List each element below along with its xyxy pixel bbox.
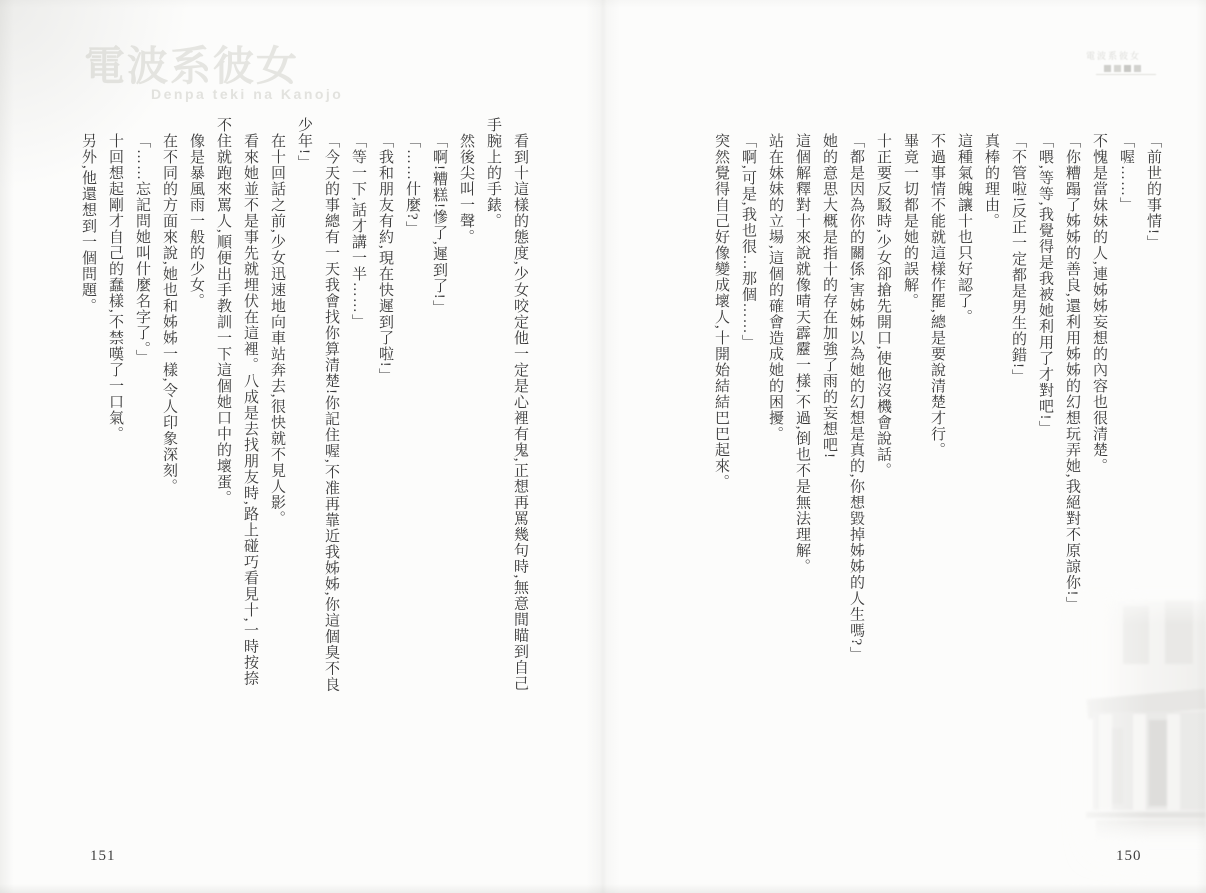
right-page-text: 「前世的事情!」「喔……」不愧是當妹妹的人,連姊姊妄想的內容也很清楚。「你糟蹋了… [707, 117, 1166, 699]
paragraph: 「喂,等等,我覺得是我被她利用了才對吧!」 [1031, 117, 1058, 699]
publisher-mark: 電波系彼女 [1086, 49, 1174, 75]
page-number-left: 151 [90, 848, 116, 865]
paragraph: 「……忘記問她叫什麼名字了。」 [128, 117, 155, 699]
paragraph: 十正要反駁時,少女卻搶先開口,使他沒機會說話。 [869, 117, 896, 699]
paragraph: 然後尖叫一聲。 [452, 117, 479, 699]
paragraph: 「……什麼?」 [398, 117, 425, 699]
paragraph: 「不管啦!反正一定都是男生的錯!」 [1004, 117, 1031, 699]
series-logo-subtitle: Denpa teki na Kanojo [151, 86, 343, 102]
publisher-mark-squares-icon [1104, 65, 1174, 72]
paragraph: 突然覺得自己好像變成壞人,十開始結結巴巴起來。 [707, 117, 734, 699]
paragraph: 在十回話之前,少女迅速地向車站奔去,很快就不見人影。 [263, 117, 290, 699]
paragraph: 畢竟一切都是她的誤解。 [896, 117, 923, 699]
paragraph: 「喔……」 [1112, 117, 1139, 699]
publisher-mark-text: 電波系彼女 [1086, 49, 1174, 62]
paragraph: 「都是因為你的關係,害姊姊以為她的幻想是真的,你想毀掉姊姊的人生嗎?」 [842, 117, 869, 699]
paragraph: 這種氣魄讓十也只好認了。 [950, 117, 977, 699]
paragraph: 「啊,可是,我也很…那個……」 [734, 117, 761, 699]
paragraph: 「今天的事總有一天我會找你算清楚!你記住喔,不准再靠近我姊姊,你這個臭不良少年!… [290, 117, 344, 699]
paragraph: 另外,他還想到一個問題。 [74, 117, 101, 699]
paragraph: 她的意思大概是指十的存在加強了雨的妄想吧! [815, 117, 842, 699]
paragraph: 「啊!糟糕!慘了,遲到了!」 [425, 117, 452, 699]
paragraph: 「你糟蹋了姊姊的善良,還利用姊姊的幻想玩弄她,我絕對不原諒你!」 [1058, 117, 1085, 699]
paragraph: 這個解釋對十來說就像晴天霹靂一樣,不過,倒也不是無法理解。 [788, 117, 815, 699]
paragraph: 站在妹妹的立場,這個的確會造成她的困擾。 [761, 117, 788, 699]
left-page-text: 看到十這樣的態度,少女咬定他一定是心裡有鬼,正想再罵幾句時,無意間瞄到自己手腕上… [74, 117, 533, 699]
paragraph: 「我和朋友有約,現在快遲到了啦!」 [371, 117, 398, 699]
paragraph: 「等一下,話才講一半……」 [344, 117, 371, 699]
paragraph: 看到十這樣的態度,少女咬定他一定是心裡有鬼,正想再罵幾句時,無意間瞄到自己手腕上… [479, 117, 533, 699]
series-logo-title: 電波系彼女 [84, 33, 299, 92]
paragraph: 看來她並不是事先就埋伏在這裡。八成是去找朋友時,路上碰巧看見十,一時按捺不住就跑… [209, 117, 263, 699]
paragraph: 不過事情不能就這樣作罷,總是要說清楚才行。 [923, 117, 950, 699]
paragraph: 十回想起剛才自己的蠢樣,不禁嘆了一口氣。 [101, 117, 128, 699]
page-number-right: 150 [1116, 848, 1142, 865]
paragraph: 不愧是當妹妹的人,連姊姊妄想的內容也很清楚。 [1085, 117, 1112, 699]
paragraph: 「前世的事情!」 [1139, 117, 1166, 699]
center-fold-shadow [586, 0, 620, 893]
paragraph: 像是暴風雨一般的少女。 [182, 117, 209, 699]
paragraph: 真棒的理由。 [977, 117, 1004, 699]
book-spread-scan: 電波系彼女 Denpa teki na Kanojo 電波系彼女 「前世的事情!… [0, 0, 1206, 893]
paragraph: 在不同的方面來說,她也和姊姊一樣,令人印象深刻。 [155, 117, 182, 699]
publisher-mark-rule [1096, 74, 1156, 75]
